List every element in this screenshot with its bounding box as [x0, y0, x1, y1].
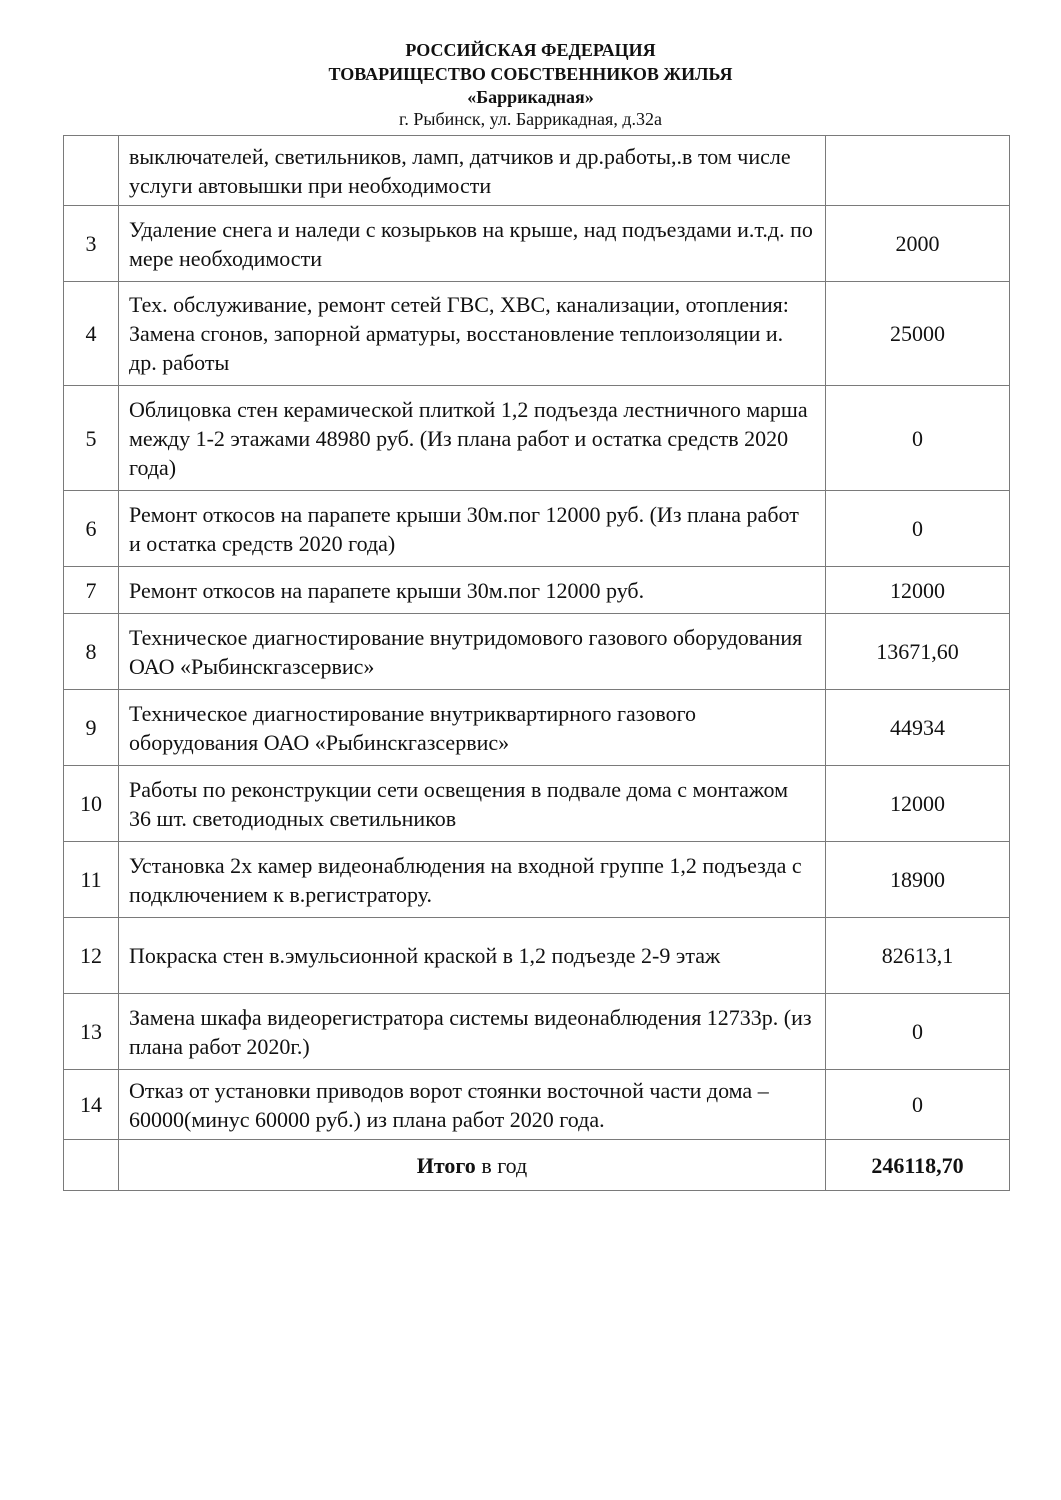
- row-description: выключателей, светильников, ламп, датчик…: [119, 136, 826, 206]
- row-amount: 18900: [826, 842, 1010, 918]
- header-organization: ТОВАРИЩЕСТВО СОБСТВЕННИКОВ ЖИЛЬЯ: [0, 62, 1061, 86]
- total-label: Итого в год: [119, 1140, 826, 1191]
- row-number: 10: [64, 766, 119, 842]
- table-row: 7 Ремонт откосов на парапете крыши 30м.п…: [64, 567, 1010, 614]
- row-description: Тех. обслуживание, ремонт сетей ГВС, ХВС…: [119, 282, 826, 386]
- total-label-rest: в год: [476, 1153, 527, 1178]
- row-number: 6: [64, 491, 119, 567]
- row-amount: 82613,1: [826, 918, 1010, 994]
- row-amount: 2000: [826, 206, 1010, 282]
- total-row: Итого в год 246118,70: [64, 1140, 1010, 1191]
- table-row: 12 Покраска стен в.эмульсионной краской …: [64, 918, 1010, 994]
- row-description: Облицовка стен керамической плиткой 1,2 …: [119, 386, 826, 491]
- table-row: 3 Удаление снега и наледи с козырьков на…: [64, 206, 1010, 282]
- row-description: Техническое диагностирование внутрикварт…: [119, 690, 826, 766]
- work-plan-table: выключателей, светильников, ламп, датчик…: [63, 135, 1010, 1191]
- header-name: «Баррикадная»: [0, 86, 1061, 108]
- row-amount: 0: [826, 491, 1010, 567]
- row-description: Ремонт откосов на парапете крыши 30м.пог…: [119, 491, 826, 567]
- header-address: г. Рыбинск, ул. Баррикадная, д.32а: [0, 108, 1061, 130]
- table-row: 6 Ремонт откосов на парапете крыши 30м.п…: [64, 491, 1010, 567]
- row-number: 4: [64, 282, 119, 386]
- document-header: РОССИЙСКАЯ ФЕДЕРАЦИЯ ТОВАРИЩЕСТВО СОБСТВ…: [0, 38, 1061, 130]
- row-description: Установка 2х камер видеонаблюдения на вх…: [119, 842, 826, 918]
- table-row: 4 Тех. обслуживание, ремонт сетей ГВС, Х…: [64, 282, 1010, 386]
- row-number: 9: [64, 690, 119, 766]
- row-number: 7: [64, 567, 119, 614]
- row-description: Ремонт откосов на парапете крыши 30м.пог…: [119, 567, 826, 614]
- row-description: Удаление снега и наледи с козырьков на к…: [119, 206, 826, 282]
- row-number: 5: [64, 386, 119, 491]
- row-amount: 0: [826, 1070, 1010, 1140]
- row-description: Замена шкафа видеорегистратора системы в…: [119, 994, 826, 1070]
- total-amount: 246118,70: [826, 1140, 1010, 1191]
- table-row: 11 Установка 2х камер видеонаблюдения на…: [64, 842, 1010, 918]
- table-row: 8 Техническое диагностирование внутридом…: [64, 614, 1010, 690]
- row-amount: 13671,60: [826, 614, 1010, 690]
- row-amount: 12000: [826, 766, 1010, 842]
- row-number: 8: [64, 614, 119, 690]
- table-row: выключателей, светильников, ламп, датчик…: [64, 136, 1010, 206]
- row-number: 11: [64, 842, 119, 918]
- table-row: 9 Техническое диагностирование внутриква…: [64, 690, 1010, 766]
- row-number: 13: [64, 994, 119, 1070]
- total-row-number: [64, 1140, 119, 1191]
- row-amount: [826, 136, 1010, 206]
- table-row: 10 Работы по реконструкции сети освещени…: [64, 766, 1010, 842]
- table-row: 5 Облицовка стен керамической плиткой 1,…: [64, 386, 1010, 491]
- row-description: Работы по реконструкции сети освещения в…: [119, 766, 826, 842]
- row-description: Техническое диагностирование внутридомов…: [119, 614, 826, 690]
- row-description: Покраска стен в.эмульсионной краской в 1…: [119, 918, 826, 994]
- row-amount: 0: [826, 994, 1010, 1070]
- row-number: 3: [64, 206, 119, 282]
- row-amount: 44934: [826, 690, 1010, 766]
- row-amount: 25000: [826, 282, 1010, 386]
- row-amount: 12000: [826, 567, 1010, 614]
- row-amount: 0: [826, 386, 1010, 491]
- row-number: [64, 136, 119, 206]
- row-description: Отказ от установки приводов ворот стоянк…: [119, 1070, 826, 1140]
- row-number: 14: [64, 1070, 119, 1140]
- header-country: РОССИЙСКАЯ ФЕДЕРАЦИЯ: [0, 38, 1061, 62]
- table-row: 13 Замена шкафа видеорегистратора систем…: [64, 994, 1010, 1070]
- total-label-bold: Итого: [417, 1153, 476, 1178]
- table-row: 14 Отказ от установки приводов ворот сто…: [64, 1070, 1010, 1140]
- row-number: 12: [64, 918, 119, 994]
